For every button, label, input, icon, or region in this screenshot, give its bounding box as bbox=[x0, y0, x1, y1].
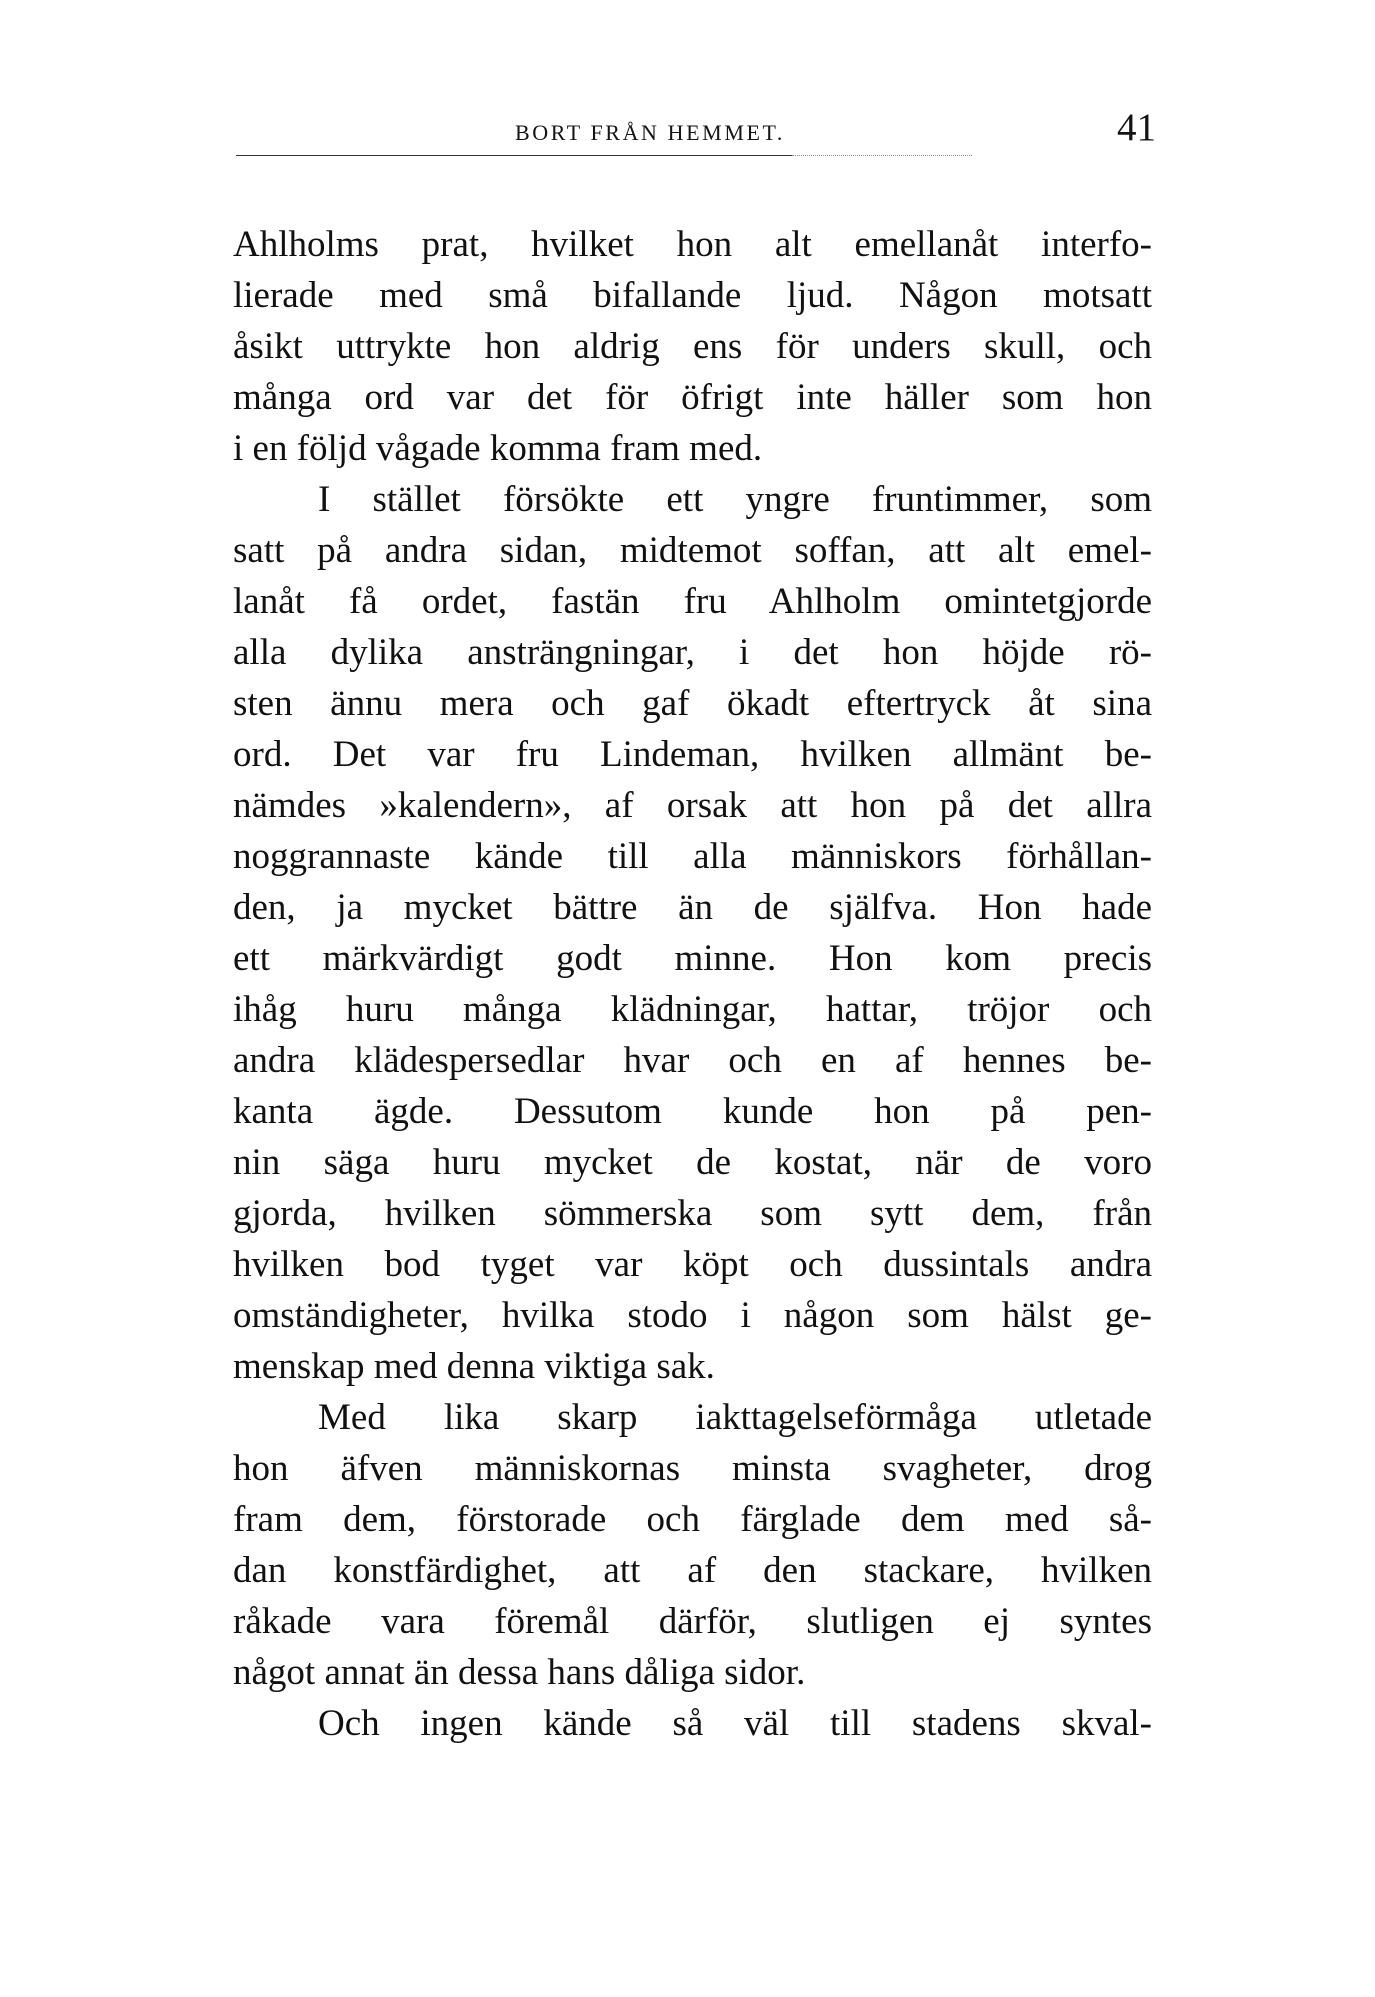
header-rule-fade bbox=[792, 155, 972, 156]
text-line: kanta ägde. Dessutom kunde hon på pen- bbox=[233, 1086, 1152, 1137]
text-line: hon äfven människornas minsta svagheter,… bbox=[233, 1443, 1152, 1494]
text-line: alla dylika ansträngningar, i det hon hö… bbox=[233, 627, 1152, 678]
text-line: många ord var det för öfrigt inte häller… bbox=[233, 372, 1152, 423]
text-line: råkade vara föremål därför, slutligen ej… bbox=[233, 1596, 1152, 1647]
page-number: 41 bbox=[1108, 108, 1156, 148]
text-line: omständigheter, hvilka stodo i någon som… bbox=[233, 1290, 1152, 1341]
paragraph-first-line: Och ingen kände så väl till stadens skva… bbox=[233, 1698, 1152, 1749]
text-line: nämdes »kalendern», af orsak att hon på … bbox=[233, 780, 1152, 831]
text-line: fram dem, förstorade och färglade dem me… bbox=[233, 1494, 1152, 1545]
paragraph-first-line: I stället försökte ett yngre fruntimmer,… bbox=[233, 474, 1152, 525]
running-head-title: BORT FRÅN HEMMET. bbox=[515, 118, 875, 148]
text-line: menskap med denna viktiga sak. bbox=[233, 1341, 1152, 1392]
header-rule bbox=[236, 155, 792, 156]
text-line: Ahlholms prat, hvilket hon alt emellanåt… bbox=[233, 219, 1152, 270]
text-line: noggrannaste kände till alla människors … bbox=[233, 831, 1152, 882]
text-line: gjorda, hvilken sömmerska som sytt dem, … bbox=[233, 1188, 1152, 1239]
body-text: Ahlholms prat, hvilket hon alt emellanåt… bbox=[233, 219, 1152, 1749]
text-line: i en följd vågade komma fram med. bbox=[233, 423, 1152, 474]
text-line: andra klädespersedlar hvar och en af hen… bbox=[233, 1035, 1152, 1086]
text-line: något annat än dessa hans dåliga sidor. bbox=[233, 1647, 1152, 1698]
text-line: ett märkvärdigt godt minne. Hon kom prec… bbox=[233, 933, 1152, 984]
paragraph-first-line: Med lika skarp iakttagelseförmåga utleta… bbox=[233, 1392, 1152, 1443]
text-line: sten ännu mera och gaf ökadt eftertryck … bbox=[233, 678, 1152, 729]
text-line: satt på andra sidan, midtemot soffan, at… bbox=[233, 525, 1152, 576]
text-line: nin säga huru mycket de kostat, när de v… bbox=[233, 1137, 1152, 1188]
text-line: lanåt få ordet, fastän fru Ahlholm omint… bbox=[233, 576, 1152, 627]
text-line: lierade med små bifallande ljud. Någon m… bbox=[233, 270, 1152, 321]
text-line: den, ja mycket bättre än de själfva. Hon… bbox=[233, 882, 1152, 933]
text-line: ihåg huru många klädningar, hattar, tröj… bbox=[233, 984, 1152, 1035]
text-line: dan konstfärdighet, att af den stackare,… bbox=[233, 1545, 1152, 1596]
book-page: BORT FRÅN HEMMET. 41 Ahlholms prat, hvil… bbox=[0, 0, 1375, 1997]
text-line: ord. Det var fru Lindeman, hvilken allmä… bbox=[233, 729, 1152, 780]
text-line: åsikt uttrykte hon aldrig ens för unders… bbox=[233, 321, 1152, 372]
text-line: hvilken bod tyget var köpt och dussintal… bbox=[233, 1239, 1152, 1290]
